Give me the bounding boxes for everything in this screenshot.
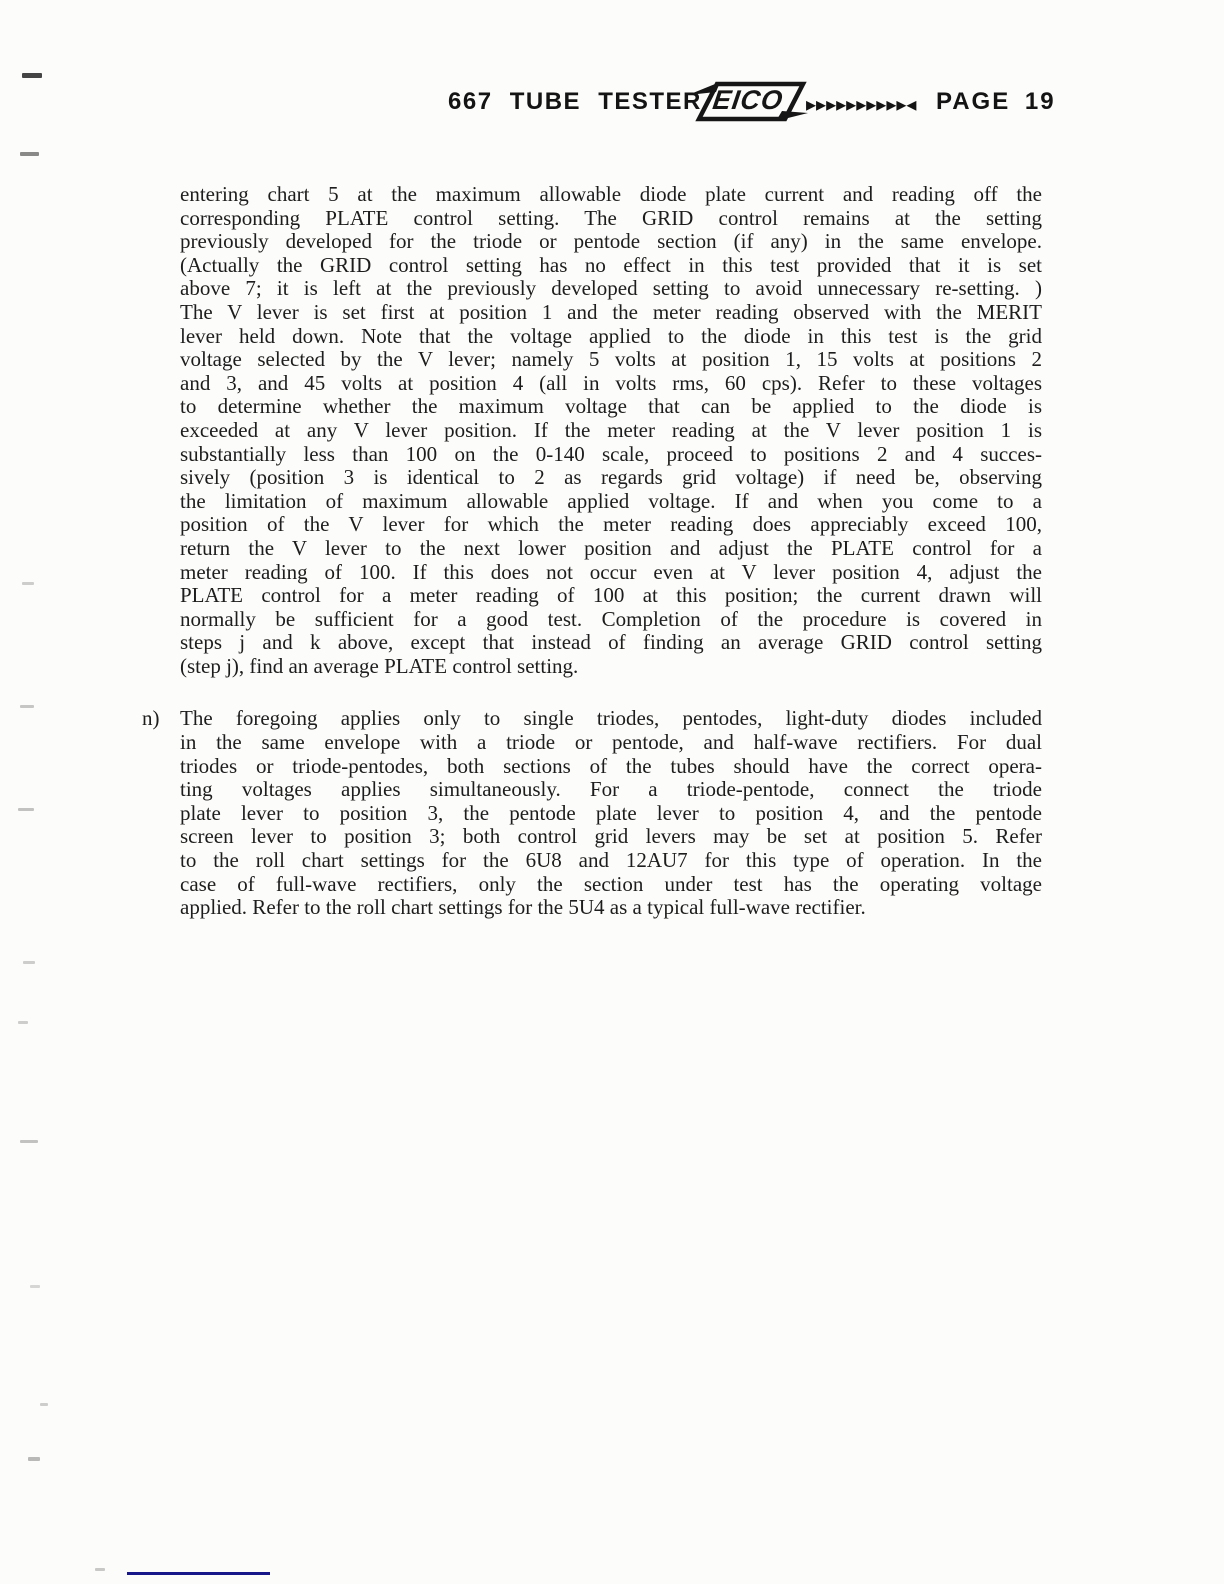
- list-item-text: The foregoing applies only to single tri…: [180, 707, 1042, 919]
- text-line: to the roll chart settings for the 6U8 a…: [180, 849, 1042, 873]
- list-item-n: n) The foregoing applies only to single …: [180, 707, 1042, 919]
- margin-scan-mark: [22, 582, 34, 585]
- text-line: (step j), find an average PLATE control …: [180, 655, 1042, 679]
- list-item-label: n): [142, 707, 160, 731]
- text-line: steps j and k above, except that instead…: [180, 631, 1042, 655]
- text-line: (Actually the GRID control setting has n…: [180, 254, 1042, 278]
- margin-scan-mark: [28, 1457, 40, 1461]
- text-line: The V lever is set first at position 1 a…: [180, 301, 1042, 325]
- margin-scan-mark: [95, 1568, 105, 1571]
- text-line: ting voltages applies simultaneously. Fo…: [180, 778, 1042, 802]
- margin-scan-mark: [40, 1403, 48, 1406]
- eico-logo-text: EICO: [711, 87, 785, 114]
- page-number-label: PAGE 19: [936, 90, 1056, 114]
- margin-scan-mark: [22, 73, 42, 78]
- text-line: The foregoing applies only to single tri…: [180, 707, 1042, 731]
- footer-blue-rule: [127, 1572, 270, 1575]
- text-line: corresponding PLATE control setting. The…: [180, 207, 1042, 231]
- text-line: previously developed for the triode or p…: [180, 230, 1042, 254]
- text-line: sively (position 3 is identical to 2 as …: [180, 466, 1042, 490]
- text-line: and 3, and 45 volts at position 4 (all i…: [180, 372, 1042, 396]
- text-line: triodes or triode-pentodes, both section…: [180, 755, 1042, 779]
- text-line: screen lever to position 3; both control…: [180, 825, 1042, 849]
- text-line: PLATE control for a meter reading of 100…: [180, 584, 1042, 608]
- document-page: 667 TUBE TESTER EICO ▸▸▸▸▸▸▸▸▸▸◂ PAGE 19…: [0, 0, 1224, 1584]
- text-line: normally be sufficient for a good test. …: [180, 608, 1042, 632]
- arrow-divider-icon: ▸▸▸▸▸▸▸▸▸▸◂: [806, 92, 916, 116]
- margin-scan-mark: [20, 152, 39, 156]
- text-line: voltage selected by the V lever; namely …: [180, 348, 1042, 372]
- margin-scan-mark: [30, 1285, 40, 1288]
- margin-scan-mark: [18, 808, 34, 811]
- text-line: lever held down. Note that the voltage a…: [180, 325, 1042, 349]
- paragraph-continuation: entering chart 5 at the maximum allowabl…: [180, 183, 1042, 678]
- text-line: above 7; it is left at the previously de…: [180, 277, 1042, 301]
- text-line: substantially less than 100 on the 0-140…: [180, 443, 1042, 467]
- text-line: return the V lever to the next lower pos…: [180, 537, 1042, 561]
- text-line: to determine whether the maximum voltage…: [180, 395, 1042, 419]
- text-line: applied. Refer to the roll chart setting…: [180, 896, 1042, 920]
- margin-scan-mark: [20, 705, 34, 708]
- text-line: case of full-wave rectifiers, only the s…: [180, 873, 1042, 897]
- text-line: plate lever to position 3, the pentode p…: [180, 802, 1042, 826]
- text-line: the limitation of maximum allowable appl…: [180, 490, 1042, 514]
- text-line: exceeded at any V lever position. If the…: [180, 419, 1042, 443]
- eico-logo: EICO: [686, 78, 810, 128]
- margin-scan-mark: [20, 1140, 38, 1143]
- text-line: entering chart 5 at the maximum allowabl…: [180, 183, 1042, 207]
- margin-scan-mark: [18, 1021, 28, 1024]
- page-title: 667 TUBE TESTER: [448, 90, 702, 114]
- margin-scan-mark: [23, 961, 35, 964]
- text-line: position of the V lever for which the me…: [180, 513, 1042, 537]
- text-line: in the same envelope with a triode or pe…: [180, 731, 1042, 755]
- text-line: meter reading of 100. If this does not o…: [180, 561, 1042, 585]
- body-text-block: entering chart 5 at the maximum allowabl…: [180, 183, 1042, 920]
